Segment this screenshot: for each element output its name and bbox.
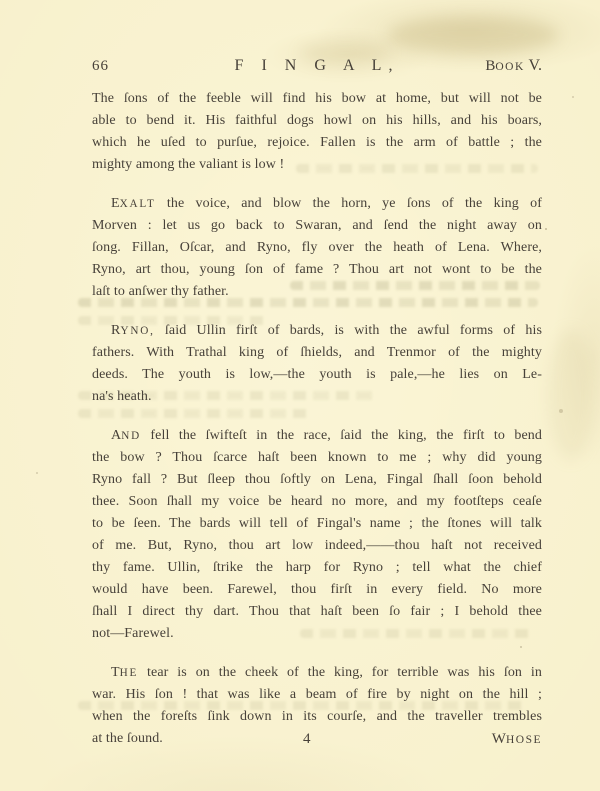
paper-speck [0, 0, 2, 2]
text-line: AND fell the ſwifteſt in the race, ſaid … [92, 425, 542, 447]
text-line: Ryno, art thou, young ſon of fame ? Thou… [92, 259, 542, 281]
text-line: EXALT the voice, and blow the horn, ye ſ… [92, 193, 542, 215]
text-line: mighty among the valiant is low ! [92, 154, 542, 176]
paper-stain [388, 16, 558, 54]
text-line: thee. Soon ſhall my voice be heard no mo… [92, 491, 542, 513]
text-line: the bow ? Thou ſcarce haſt been known to… [92, 447, 542, 469]
text-line: ſhall I direct thy dart. Thou that haſt … [92, 601, 542, 623]
catchword: WHOSE [492, 731, 542, 748]
page-footer: 4 WHOSE [92, 731, 542, 753]
text-line: THE tear is on the cheek of the king, fo… [92, 662, 542, 684]
text-line: when the foreſts ſink down in its courſe… [92, 706, 542, 728]
text-line: of me. But, Ryno, thou art low indeed,——… [92, 535, 542, 557]
paragraph: RYNO, ſaid Ullin firſt of bards, is with… [92, 320, 542, 408]
book-label: BOOK V. [464, 57, 542, 75]
text-line: thy fame. Ullin, ſtrike the harp for Ryn… [92, 557, 542, 579]
text-line: na's heath. [92, 386, 542, 408]
page-header: 66 F I N G A L, BOOK V. [92, 57, 542, 77]
text-line: able to bend it. His faithful dogs howl … [92, 110, 542, 132]
text-line: RYNO, ſaid Ullin firſt of bards, is with… [92, 320, 542, 342]
text-line: deeds. The youth is low,—the youth is pa… [92, 364, 542, 386]
text-line: not—Farewel. [92, 623, 542, 645]
text-line: which he uſed to purſue, rejoice. Fallen… [92, 132, 542, 154]
paragraph: EXALT the voice, and blow the horn, ye ſ… [92, 193, 542, 303]
book-page: 66 F I N G A L, BOOK V. The ſons of the … [0, 0, 600, 791]
text-line: laſt to anſwer thy father. [92, 281, 542, 303]
text-block: 66 F I N G A L, BOOK V. The ſons of the … [92, 57, 542, 750]
paper-stain [548, 330, 594, 460]
text-line: would have been. Farewel, thou firſt in … [92, 579, 542, 601]
text-line: Ryno fall ? But ſleep thou ſoftly on Len… [92, 469, 542, 491]
paragraph: AND fell the ſwifteſt in the race, ſaid … [92, 425, 542, 645]
text-line: Morven : let us go back to Swaran, and ſ… [92, 215, 542, 237]
page-number: 66 [92, 58, 170, 75]
page-title: F I N G A L, [170, 57, 464, 75]
text-line: ſong. Fillan, Oſcar, and Ryno, fly over … [92, 237, 542, 259]
text-line: to be ſeen. The bards will tell of Finga… [92, 513, 542, 535]
text-line: war. His ſon ! that was like a beam of f… [92, 684, 542, 706]
signature-mark: 4 [303, 731, 311, 748]
page-body: The ſons of the feeble will find his bow… [92, 88, 542, 750]
paragraph: The ſons of the feeble will find his bow… [92, 88, 542, 176]
text-line: fathers. With Trathal king of ſhields, a… [92, 342, 542, 364]
text-line: The ſons of the feeble will find his bow… [92, 88, 542, 110]
